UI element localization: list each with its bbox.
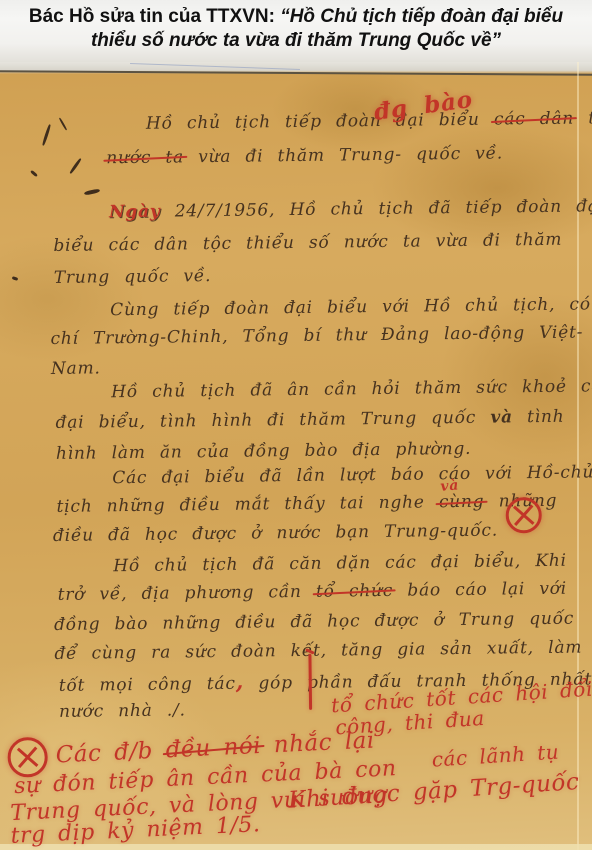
para2-line-2: biểu các dân tộc thiểu số nước ta vừa đi…	[53, 230, 562, 256]
title-text: vừa đi thăm Trung- quốc về.	[198, 143, 503, 167]
para6-line-1: Hồ chủ tịch đã căn dặn các đại biểu, Khi	[113, 551, 567, 577]
para6-line-6: nước nhà ./.	[59, 700, 186, 722]
red-inserted-comma: ,	[236, 669, 245, 695]
para6-line-2: trở về, địa phương cần tổ chức báo cáo l…	[58, 579, 568, 605]
body-text: 24/7/1956, Hồ chủ tịch đã tiếp đoàn đại	[175, 196, 592, 221]
overwritten-word: và	[490, 407, 513, 427]
struck-words: các dân	[494, 109, 574, 130]
para3-line-3: Nam.	[51, 358, 101, 379]
scanned-document-page: Bác Hồ sửa tin của TTXVN: “Hồ Chủ tịch t…	[0, 0, 592, 850]
body-text: tịch những điều mắt thấy tai nghe	[56, 492, 424, 516]
red-insertion-mark	[308, 654, 312, 710]
para5-line-3: điều đã học được ở nước bạn Trung-quốc.	[53, 521, 498, 546]
struck-words: tổ chức	[316, 581, 393, 602]
title-text: thiểu số	[588, 107, 592, 128]
red-margin-note-line-3: các lãnh tụ	[431, 739, 560, 771]
caption-text: Bác Hồ sửa tin của TTXVN: “Hồ Chủ tịch t…	[7, 5, 585, 53]
para4-line-2: đại biểu, tình hình đi thăm Trung quốc v…	[55, 407, 564, 433]
circled-x-mark-icon	[7, 737, 47, 777]
red-insert-text: và	[440, 477, 460, 494]
para5-line-2: tịch những điều mắt thấy tai nghe cùngvà…	[56, 491, 557, 517]
red-note-text: nhắc lại	[273, 728, 375, 759]
body-text: báo cáo lại với	[407, 579, 567, 601]
handwritten-text-layer: Hồ chủ tịch tiếp đoàn đại biểu các dân đ…	[0, 58, 592, 850]
manuscript-paper: Hồ chủ tịch tiếp đoàn đại biểu các dân đ…	[0, 62, 592, 850]
red-struck-words: đều nói	[165, 733, 262, 763]
para2-line-3: Trung quốc về.	[54, 266, 212, 288]
red-note-text: Các đ/b	[55, 738, 153, 769]
struck-words: nước ta	[106, 147, 184, 168]
caption-bar: Bác Hồ sửa tin của TTXVN: “Hồ Chủ tịch t…	[0, 0, 592, 62]
para4-line-1: Hồ chủ tịch đã ân cần hỏi thăm sức khoẻ …	[111, 376, 592, 402]
struck-word: cùngvà	[439, 492, 485, 513]
caption-prefix: Bác Hồ sửa tin của TTXVN:	[29, 6, 280, 27]
body-text: tình	[527, 407, 565, 427]
circled-x-mark-icon	[506, 497, 542, 533]
para3-line-1: Cùng tiếp đoàn đại biểu với Hồ chủ tịch,…	[110, 294, 592, 321]
title-line-1: Hồ chủ tịch tiếp đoàn đại biểu các dân đ…	[146, 107, 592, 133]
red-overwrite-word: Ngày	[109, 202, 161, 223]
para2-line-1: Ngày 24/7/1956, Hồ chủ tịch đã tiếp đoàn…	[109, 196, 592, 222]
title-line-2: nước ta vừa đi thăm Trung- quốc về.	[106, 143, 503, 168]
para4-line-3: hình làm ăn của đồng bào địa phường.	[56, 439, 472, 464]
body-text: tốt mọi công tác	[59, 674, 236, 696]
para5-line-1: Các đại biểu đã lần lượt báo cáo với Hồ-…	[112, 462, 592, 488]
body-text: đại biểu, tình hình đi thăm Trung quốc	[55, 408, 476, 433]
para6-line-4: để cùng ra sức đoàn kết, tăng gia sản xu…	[54, 638, 582, 664]
body-text: trở về, địa phương cần	[58, 582, 302, 605]
para6-line-3: đồng bào những điều đã học được ở Trung …	[54, 609, 574, 635]
para3-line-2: chí Trường-Chinh, Tổng bí thư Đảng lao-đ…	[50, 322, 583, 349]
